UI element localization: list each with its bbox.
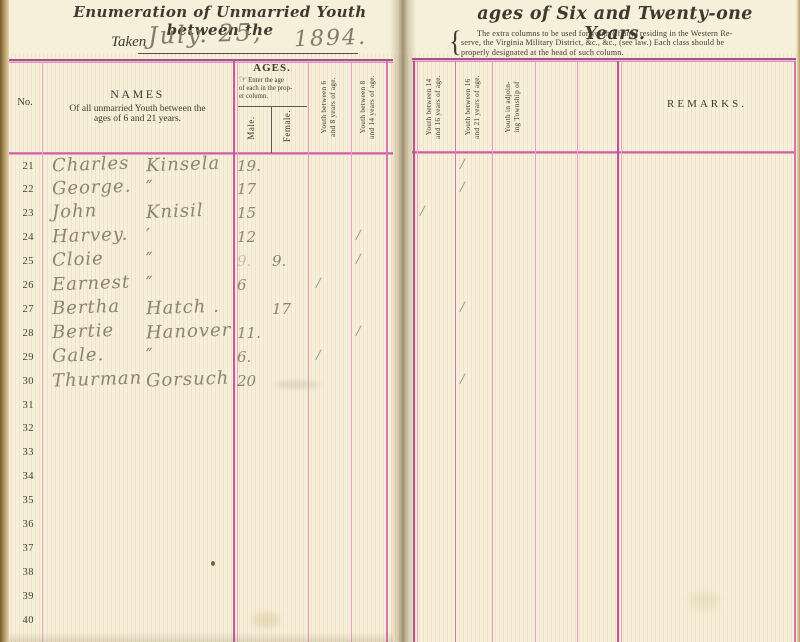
note-line: serve, the Virginia Military District, &…: [461, 38, 791, 47]
handwritten-date: July. 25,: [148, 18, 263, 50]
column-header-adjoining-township: Youth in adjoin- ing Township of: [504, 61, 522, 153]
column-header-youth-16-21: Youth between 16 and 21 years of age.: [464, 61, 482, 153]
entry-surname: ″: [146, 249, 154, 270]
vertical-header-line: Youth between 16: [464, 61, 473, 153]
tally-mark-14-16: /: [420, 203, 424, 221]
paper-stain: [688, 592, 720, 610]
ages-note-line: er column.: [239, 93, 305, 101]
entry-given-name: Earnest: [52, 272, 131, 296]
column-header-female: Female.: [282, 104, 296, 148]
row-number: 31: [10, 400, 34, 411]
row-number: 24: [10, 232, 34, 243]
instruction-note: The extra columns to be used for youth (…: [461, 29, 791, 57]
row-number: 36: [10, 519, 34, 530]
entry-age-male: 12: [237, 228, 256, 246]
vertical-header-line: Youth between 8: [359, 61, 368, 153]
pencil-smudge: [274, 380, 320, 389]
entry-surname: Kinsela: [146, 152, 221, 176]
taken-label: Taken: [111, 34, 146, 51]
names-subtitle-1: Of all unmarried Youth between the: [42, 104, 233, 114]
entry-given-name: Thurman: [52, 367, 143, 391]
row-number: 37: [10, 543, 34, 554]
entry-surname: Knisil: [146, 200, 204, 223]
tally-mark-6-8: /: [316, 347, 320, 365]
entry-age-male: 20: [237, 372, 256, 390]
entry-given-name: Bertha: [52, 296, 121, 319]
entry-given-name: Bertie: [52, 320, 115, 343]
book-edge-right: [796, 0, 800, 642]
tally-mark-16-21: /: [460, 299, 464, 317]
names-title: NAMES: [42, 87, 233, 102]
vertical-header-line: and 14 years of age.: [368, 61, 377, 153]
vertical-header-line: and 8 years of age.: [329, 61, 338, 153]
note-line: properly designated at the head of such …: [461, 48, 791, 57]
ages-note-line: ☞Enter the age: [239, 76, 305, 85]
vertical-header-line: and 16 years of age.: [434, 61, 443, 153]
entry-surname: ″: [146, 177, 154, 198]
vertical-header-line: Youth between 14: [425, 61, 434, 153]
row-number: 32: [10, 423, 34, 434]
entry-given-name: Cloie: [52, 248, 104, 271]
entry-given-name: George.: [52, 176, 132, 200]
entry-age-female: 17: [272, 300, 291, 318]
ages-instruction: ☞Enter the age of each in the prop- er c…: [239, 76, 305, 102]
entry-age-male: 11.: [237, 324, 261, 342]
tally-mark-16-21: /: [460, 371, 464, 389]
ages-note-line: of each in the prop-: [239, 85, 305, 93]
row-number: 40: [10, 615, 34, 626]
entry-given-name: Charles: [52, 152, 130, 176]
entry-age-male: 6.: [237, 348, 251, 366]
row-number: 21: [10, 161, 34, 172]
entry-given-name: John: [52, 201, 98, 224]
row-number: 22: [10, 184, 34, 195]
entry-surname: Hanover: [146, 319, 232, 343]
entry-given-name: Gale.: [52, 344, 105, 367]
ages-note-text: Enter the age: [248, 77, 284, 84]
row-number: 23: [10, 208, 34, 219]
ink-spot: [211, 561, 215, 566]
book-gutter: [390, 0, 416, 642]
entry-surname: Hatch .: [146, 296, 220, 320]
paper-stain: [252, 612, 280, 628]
manicule-icon: ☞: [239, 75, 247, 85]
column-header-youth-6-8: Youth between 6 and 8 years of age.: [320, 61, 338, 153]
row-number: 30: [10, 376, 34, 387]
row-number: 39: [10, 591, 34, 602]
row-number: 29: [10, 352, 34, 363]
names-subtitle-2: ages of 6 and 21 years.: [42, 114, 233, 124]
vertical-header-line: Youth in adjoin-: [504, 61, 513, 153]
entry-surname: ′: [146, 225, 152, 246]
entry-surname: Gorsuch: [146, 367, 230, 391]
vertical-header-line: Youth between 6: [320, 61, 329, 153]
column-header-ages: AGES.: [237, 62, 307, 74]
entry-age-female: 9.: [272, 252, 286, 270]
column-header-names: NAMES Of all unmarried Youth between the…: [42, 87, 233, 124]
row-number: 28: [10, 328, 34, 339]
book-edge-left: [0, 0, 9, 642]
tally-mark-8-14: /: [356, 227, 360, 245]
vertical-header-line: and 21 years of age.: [473, 61, 482, 153]
row-number: 33: [10, 447, 34, 458]
entry-age-male: 15: [237, 204, 256, 222]
male-female-divider: [271, 107, 272, 153]
entry-surname: ″: [146, 345, 154, 366]
column-header-youth-14-16: Youth between 14 and 16 years of age.: [425, 61, 443, 153]
tally-mark-16-21: /: [460, 179, 464, 197]
entry-age-male: 9.: [237, 252, 251, 270]
row-number: 26: [10, 280, 34, 291]
entry-age-male: 19.: [237, 157, 261, 175]
vertical-header-line: ing Township of: [513, 61, 522, 153]
column-header-youth-8-14: Youth between 8 and 14 years of age.: [359, 61, 377, 153]
entry-given-name: Harvey.: [52, 224, 129, 248]
note-brace: {: [449, 25, 461, 60]
entry-age-male: 17: [237, 180, 256, 198]
handwritten-year: 1894.: [294, 25, 368, 53]
row-number: 25: [10, 256, 34, 267]
row-number: 38: [10, 567, 34, 578]
entry-surname: ″: [146, 273, 154, 294]
tally-mark-16-21: /: [460, 156, 464, 174]
column-header-no: No.: [8, 97, 42, 108]
ledger-spread: Enumeration of Unmarried Youth between t…: [0, 0, 800, 642]
row-number: 35: [10, 495, 34, 506]
date-rule: [138, 53, 358, 54]
tally-mark-6-8: /: [316, 275, 320, 293]
tally-mark-8-14: /: [356, 251, 360, 269]
column-header-remarks: REMARKS.: [620, 98, 794, 110]
row-number: 34: [10, 471, 34, 482]
tally-mark-8-14: /: [356, 323, 360, 341]
entry-age-male: 6: [237, 276, 247, 294]
note-line: The extra columns to be used for youth (…: [461, 29, 791, 38]
page-bottom-shadow: [8, 632, 393, 642]
column-header-male: Male.: [246, 106, 260, 150]
row-number: 27: [10, 304, 34, 315]
